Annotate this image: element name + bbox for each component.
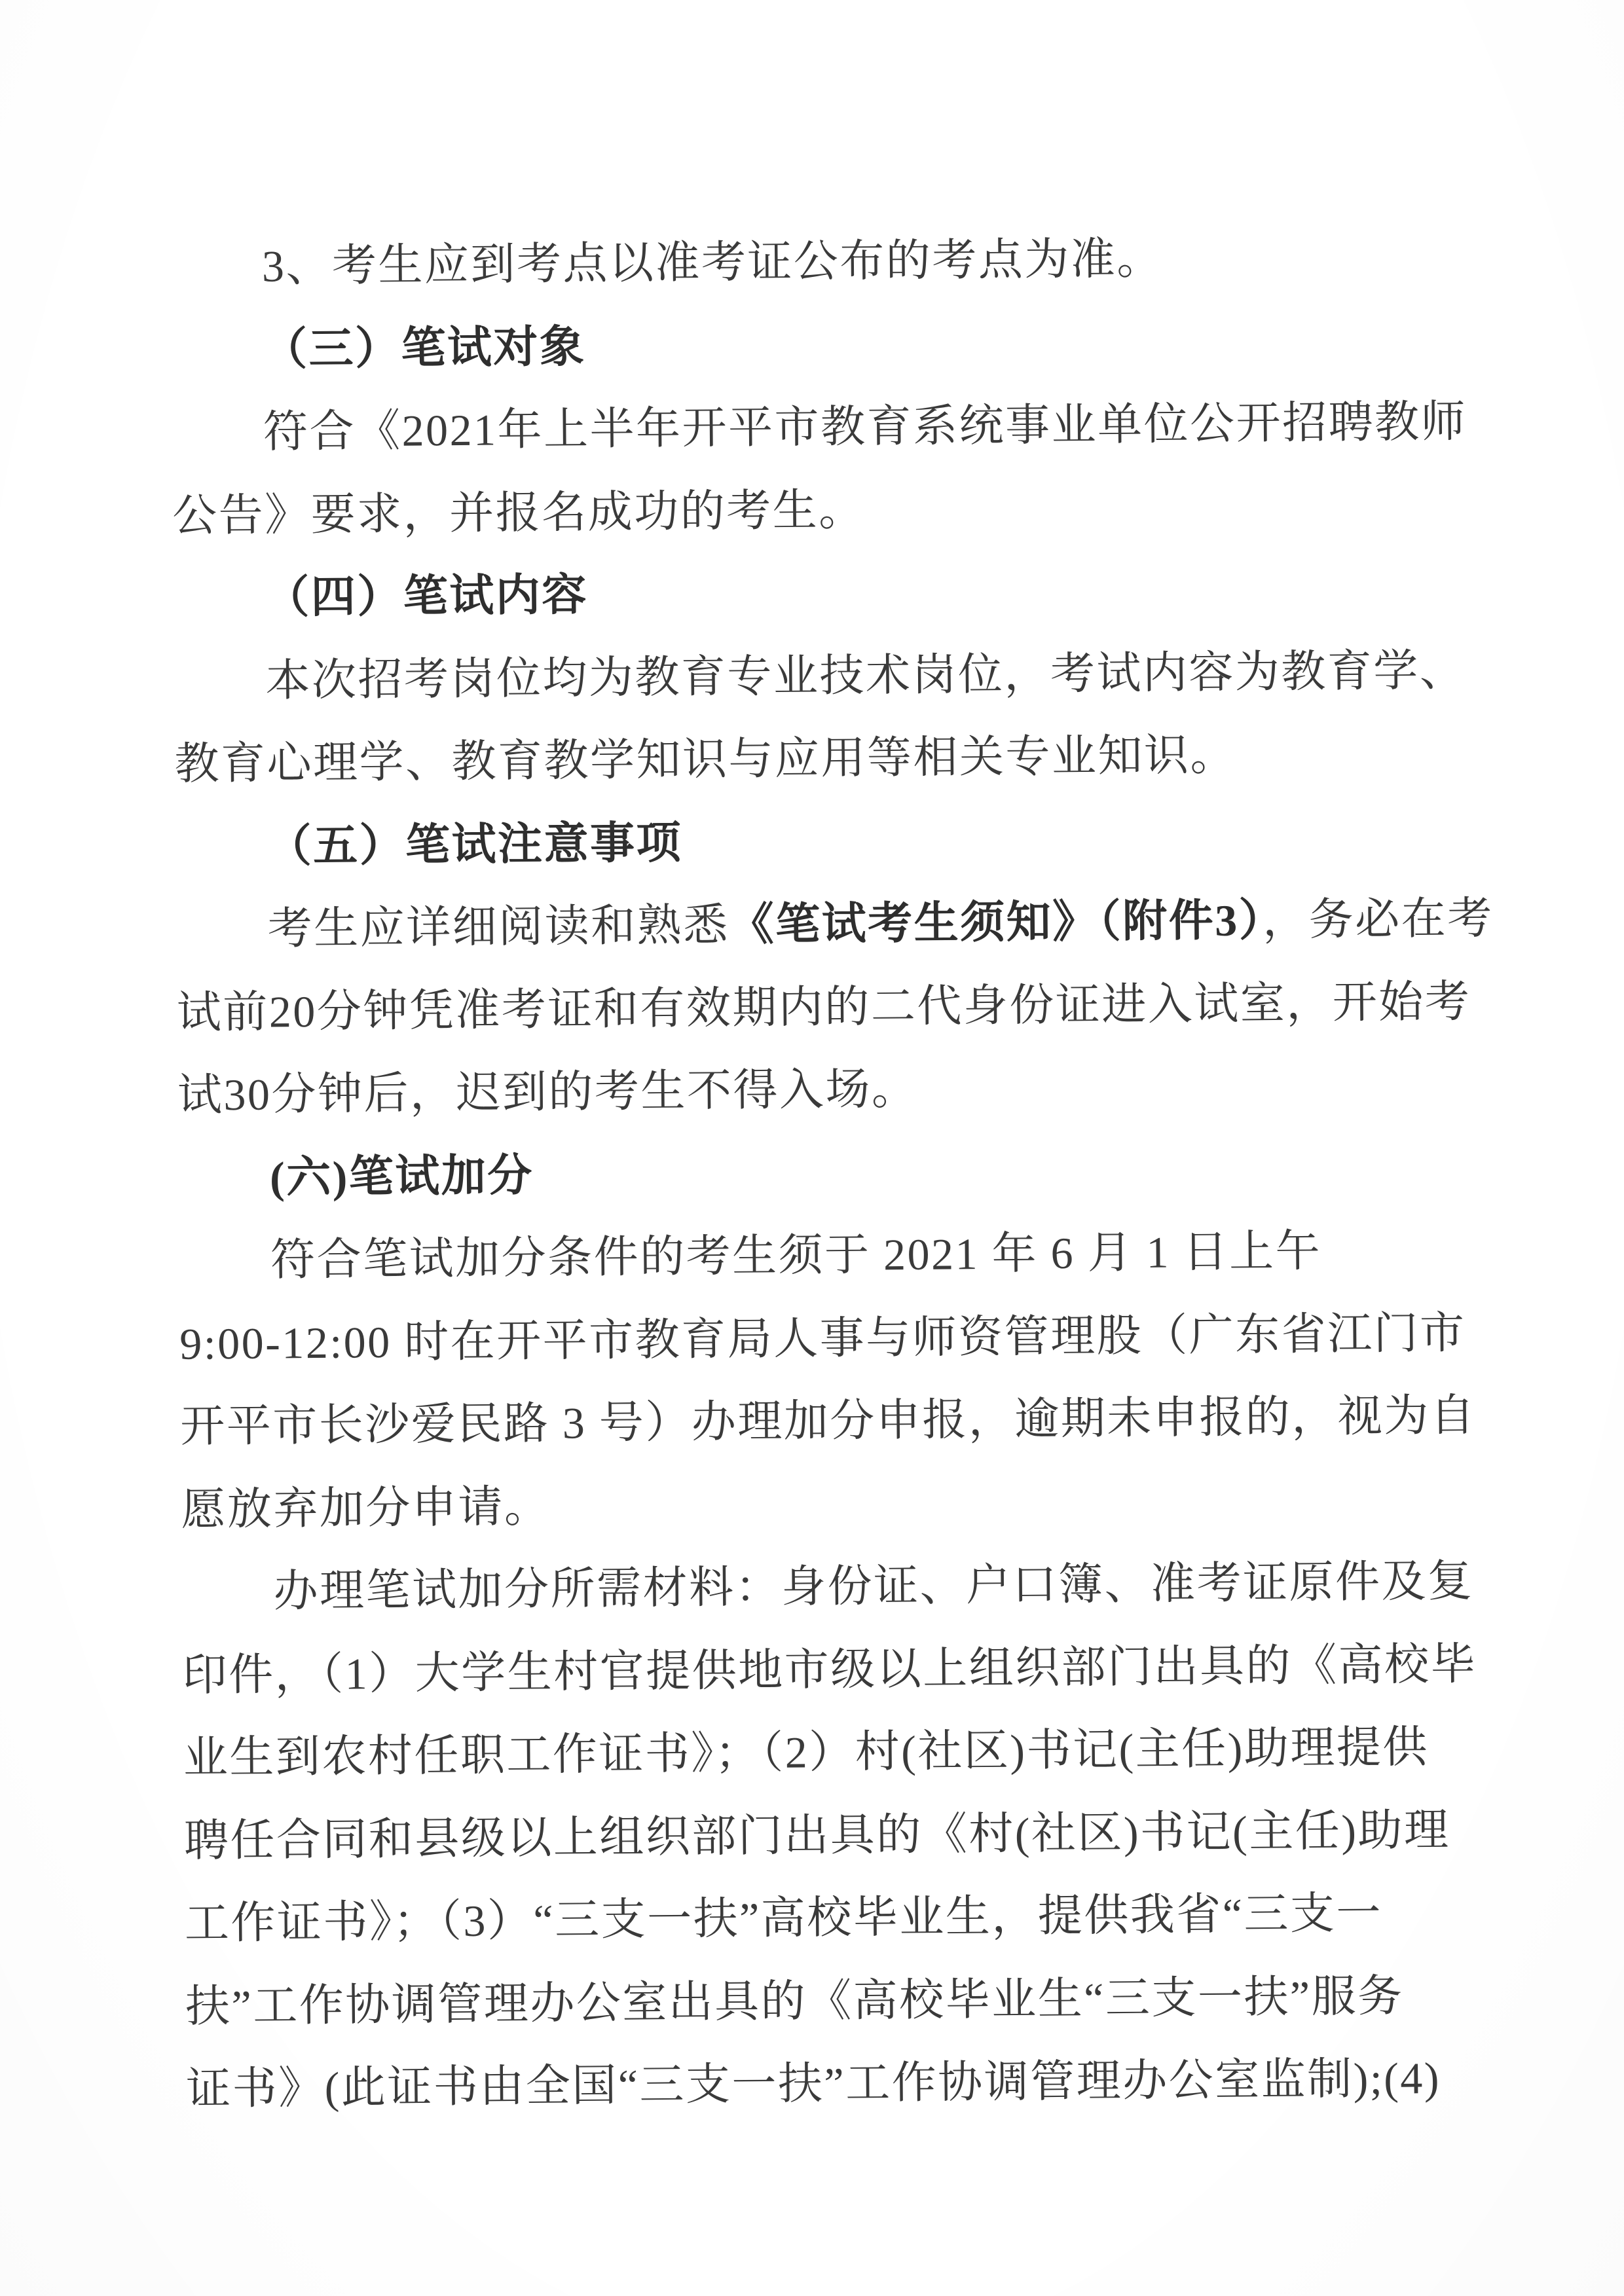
document-text: 3、考生应到考点以准考证公布的考点为准。 [262,234,1164,291]
document-text-bold: （五）笔试注意事项 [267,818,682,871]
document-line: 愿放弃加分申请。 [181,1457,1498,1551]
document-text: 符合笔试加分条件的考生须于 2021 年 6 月 1 日上午 [270,1226,1322,1285]
document-line: 业生到农村任职工作证书》；（2）村(社区)书记(主任)助理提供 [183,1705,1500,1799]
document-text: 业生到农村任职工作证书》；（2）村(社区)书记(主任)助理提供 [183,1722,1429,1783]
document-text: 试前20分钟凭准考证和有效期内的二代身份证进入试室，开始考 [176,976,1471,1037]
document-text: 证书》(此证书由全国“三支一扶”工作协调管理办公室监制);(4) [186,2053,1441,2114]
document-line: 办理笔试加分所需材料：身份证、户口簿、准考证原件及复 [181,1539,1498,1633]
document-text: 开平市长沙爱民路 3 号）办理加分申报，逾期未申报的，视为自 [180,1390,1477,1451]
document-line: 教育心理学、教育教学知识与应用等相关专业知识。 [174,711,1491,805]
document-text: 教育心理学、教育教学知识与应用等相关专业知识。 [174,730,1236,789]
document-text: 考生应详细阅读和熟悉 [267,900,729,953]
document-text: 9:00-12:00 时在开平市教育局人事与师资管理股（广东省江门市 [179,1307,1466,1368]
document-text: 工作证书》；（3）“三支一扶”高校毕业生，提供我省“三支一 [185,1888,1383,1948]
document-line: 印件，（1）大学生村官提供地市级以上组织部门出具的《高校毕 [182,1622,1499,1717]
document-text: 印件，（1）大学生村官提供地市级以上组织部门出具的《高校毕 [182,1639,1477,1700]
document-text-block: 3、考生应到考点以准考证公布的考点为准。（三）笔试对象符合《2021年上半年开平… [170,214,1502,2130]
document-line: 考生应详细阅读和熟悉《笔试考生须知》（附件3），务必在考 [175,877,1492,971]
document-line: 9:00-12:00 时在开平市教育局人事与师资管理股（广东省江门市 [179,1291,1496,1385]
document-line: 公告》要求，并报名成功的考生。 [172,463,1489,557]
document-text: 办理笔试加分所需材料：身份证、户口簿、准考证原件及复 [273,1556,1474,1616]
document-line: （四）笔试内容 [173,545,1490,640]
document-text-bold: （三）笔试对象 [263,321,586,374]
document-page: 3、考生应到考点以准考证公布的考点为准。（三）笔试对象符合《2021年上半年开平… [0,0,1624,2296]
document-line: 符合《2021年上半年开平市教育系统事业单位公开招聘教师 [172,380,1488,474]
document-text-bold: （四）笔试内容 [265,570,588,622]
document-line: 本次招考岗位均为教育专业技术岗位，考试内容为教育学、 [174,629,1490,723]
document-line: 符合笔试加分条件的考生须于 2021 年 6 月 1 日上午 [179,1208,1496,1302]
document-text: 扶”工作协调管理办公室出具的《高校毕业生“三支一扶”服务 [185,1971,1404,2031]
document-text: 符合《2021年上半年开平市教育系统事业单位公开招聘教师 [263,397,1467,457]
document-line: 开平市长沙爱民路 3 号）办理加分申报，逾期未申报的，视为自 [180,1374,1497,1468]
document-line: 试30分钟后，迟到的考生不得入场。 [177,1042,1494,1137]
document-text: 聘任合同和县级以上组织部门出具的《村(社区)书记(主任)助理 [184,1804,1450,1865]
document-line: 工作证书》；（3）“三支一扶”高校毕业生，提供我省“三支一 [184,1870,1501,1965]
document-text: 本次招考岗位均为教育专业技术岗位，考试内容为教育学、 [265,645,1466,705]
document-line: 3、考生应到考点以准考证公布的考点为准。 [170,214,1486,308]
document-text: 愿放弃加分申请。 [181,1481,551,1534]
document-line: （五）笔试注意事项 [175,794,1492,888]
document-line: 聘任合同和县级以上组织部门出具的《村(社区)书记(主任)助理 [183,1788,1500,1882]
document-line: 扶”工作协调管理办公室出具的《高校毕业生“三支一扶”服务 [185,1954,1502,2048]
document-text: 试30分钟后，迟到的考生不得入场。 [177,1064,918,1120]
document-text: 公告》要求，并报名成功的考生。 [172,484,865,540]
document-text-bold: (六)笔试加分 [270,1150,534,1203]
document-line: (六)笔试加分 [177,1125,1494,1220]
document-line: 试前20分钟凭准考证和有效期内的二代身份证进入试室，开始考 [176,960,1493,1054]
document-line: 证书》(此证书由全国“三支一扶”工作协调管理办公室监制);(4) [186,2036,1503,2130]
document-text: ，务必在考 [1263,893,1494,945]
document-text-bold: 《笔试考生须知》（附件3） [729,895,1263,949]
document-line: （三）笔试对象 [170,297,1487,392]
